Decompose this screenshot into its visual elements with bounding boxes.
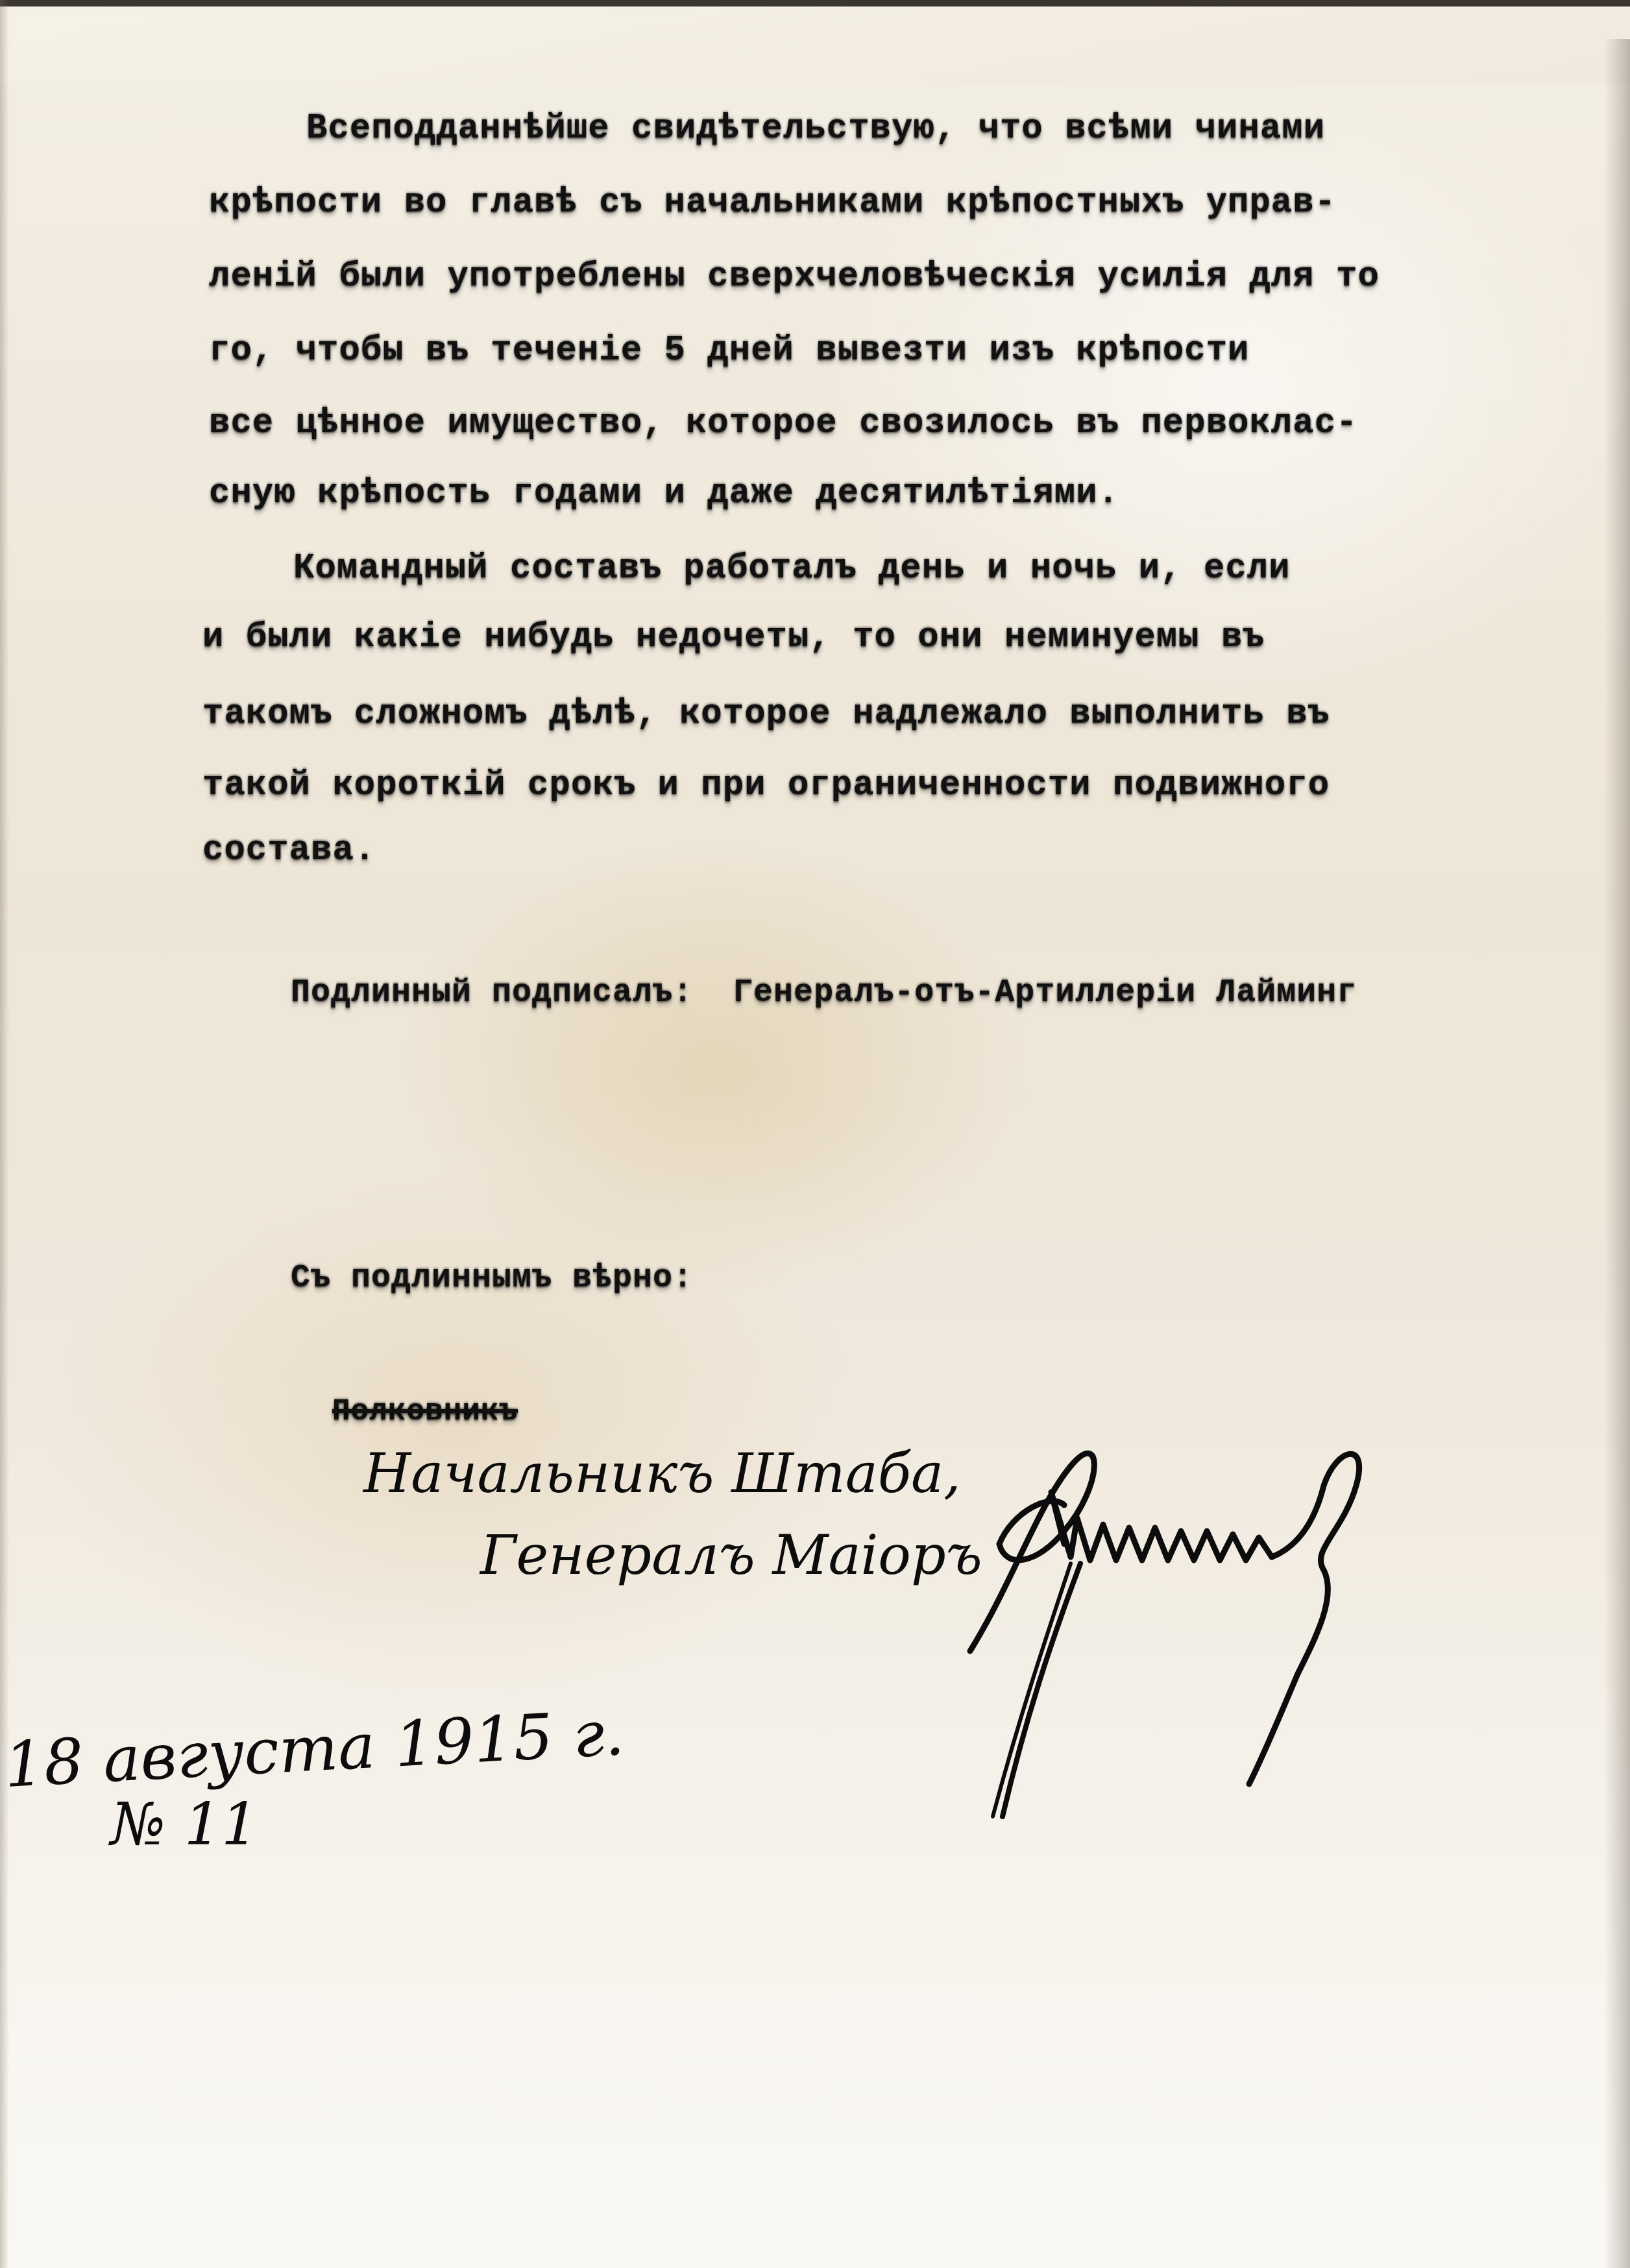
handwritten-number: № 11 [110, 1791, 258, 1859]
signature-icon [0, 0, 1630, 2268]
